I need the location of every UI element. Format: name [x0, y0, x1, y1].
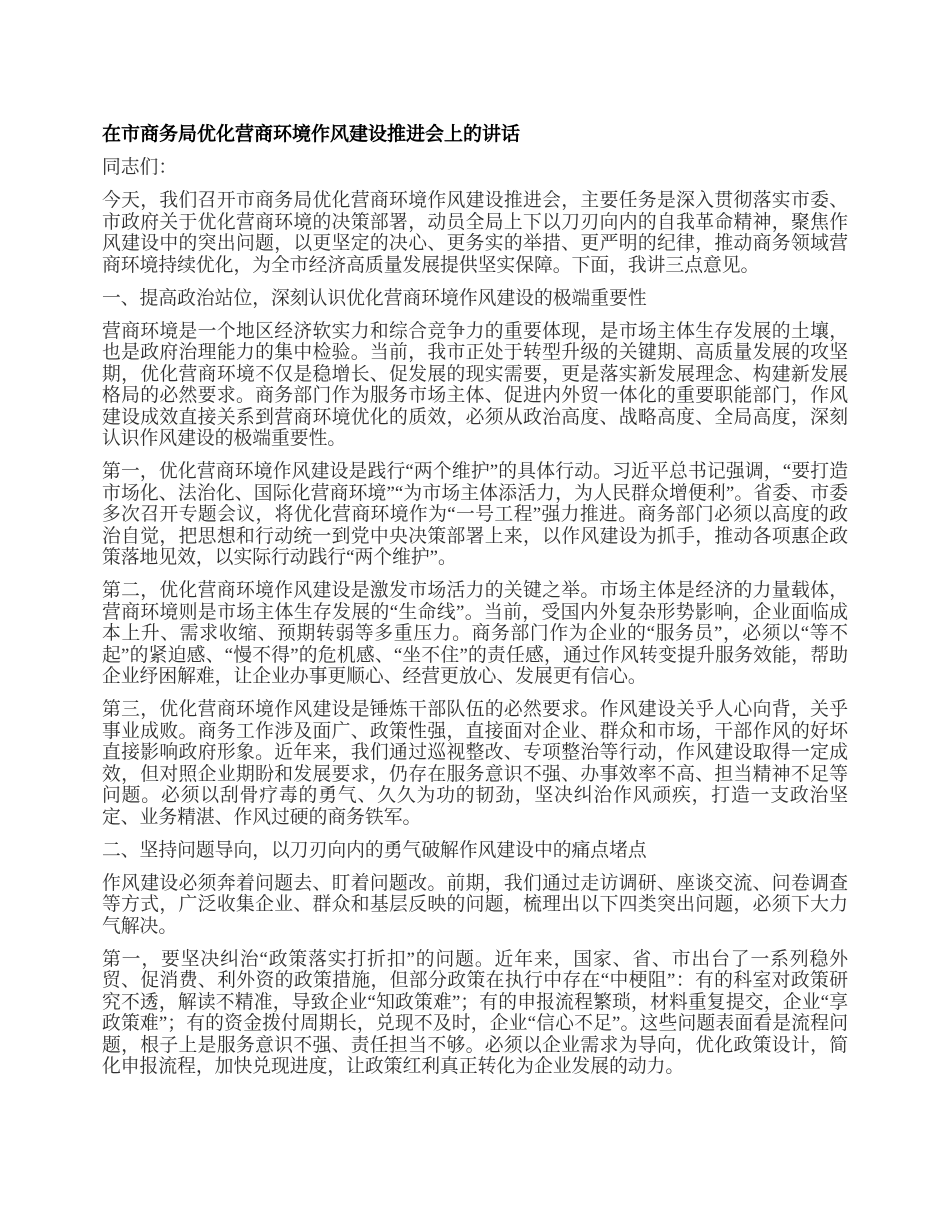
paragraph-point-1-two-upholds: 第一，优化营商环境作风建设是践行“两个维护”的具体行动。习近平总书记强调，“要打… — [102, 461, 848, 569]
paragraph-point-2-market-vitality: 第二，优化营商环境作风建设是激发市场活力的关键之举。市场主体是经济的力量载体，营… — [102, 580, 848, 688]
paragraph-point-3-cadre-team: 第三，优化营商环境作风建设是锤炼干部队伍的必然要求。作风建设关乎人心向背，关乎事… — [102, 699, 848, 828]
paragraph-importance-overview: 营商环境是一个地区经济软实力和综合竞争力的重要体现，是市场主体生存发展的土壤，也… — [102, 321, 848, 450]
salutation: 同志们： — [102, 157, 848, 179]
section-heading-2: 二、坚持问题导向，以刀刃向内的勇气破解作风建设中的痛点堵点 — [102, 840, 848, 862]
paragraph-problem-1-policy-implementation: 第一，要坚决纠治“政策落实打折扣”的问题。近年来，国家、省、市出台了一系列稳外贸… — [102, 949, 848, 1078]
paragraph-problem-overview: 作风建设必须奔着问题去、盯着问题改。前期，我们通过走访调研、座谈交流、问卷调查等… — [102, 873, 848, 938]
section-heading-1: 一、提高政治站位，深刻认识优化营商环境作风建设的极端重要性 — [102, 288, 848, 310]
opening-paragraph: 今天，我们召开市商务局优化营商环境作风建设推进会，主要任务是深入贯彻落实市委、市… — [102, 190, 848, 276]
document-page: 在市商务局优化营商环境作风建设推进会上的讲话 同志们： 今天，我们召开市商务局优… — [0, 0, 950, 1230]
document-title: 在市商务局优化营商环境作风建设推进会上的讲话 — [102, 124, 848, 146]
